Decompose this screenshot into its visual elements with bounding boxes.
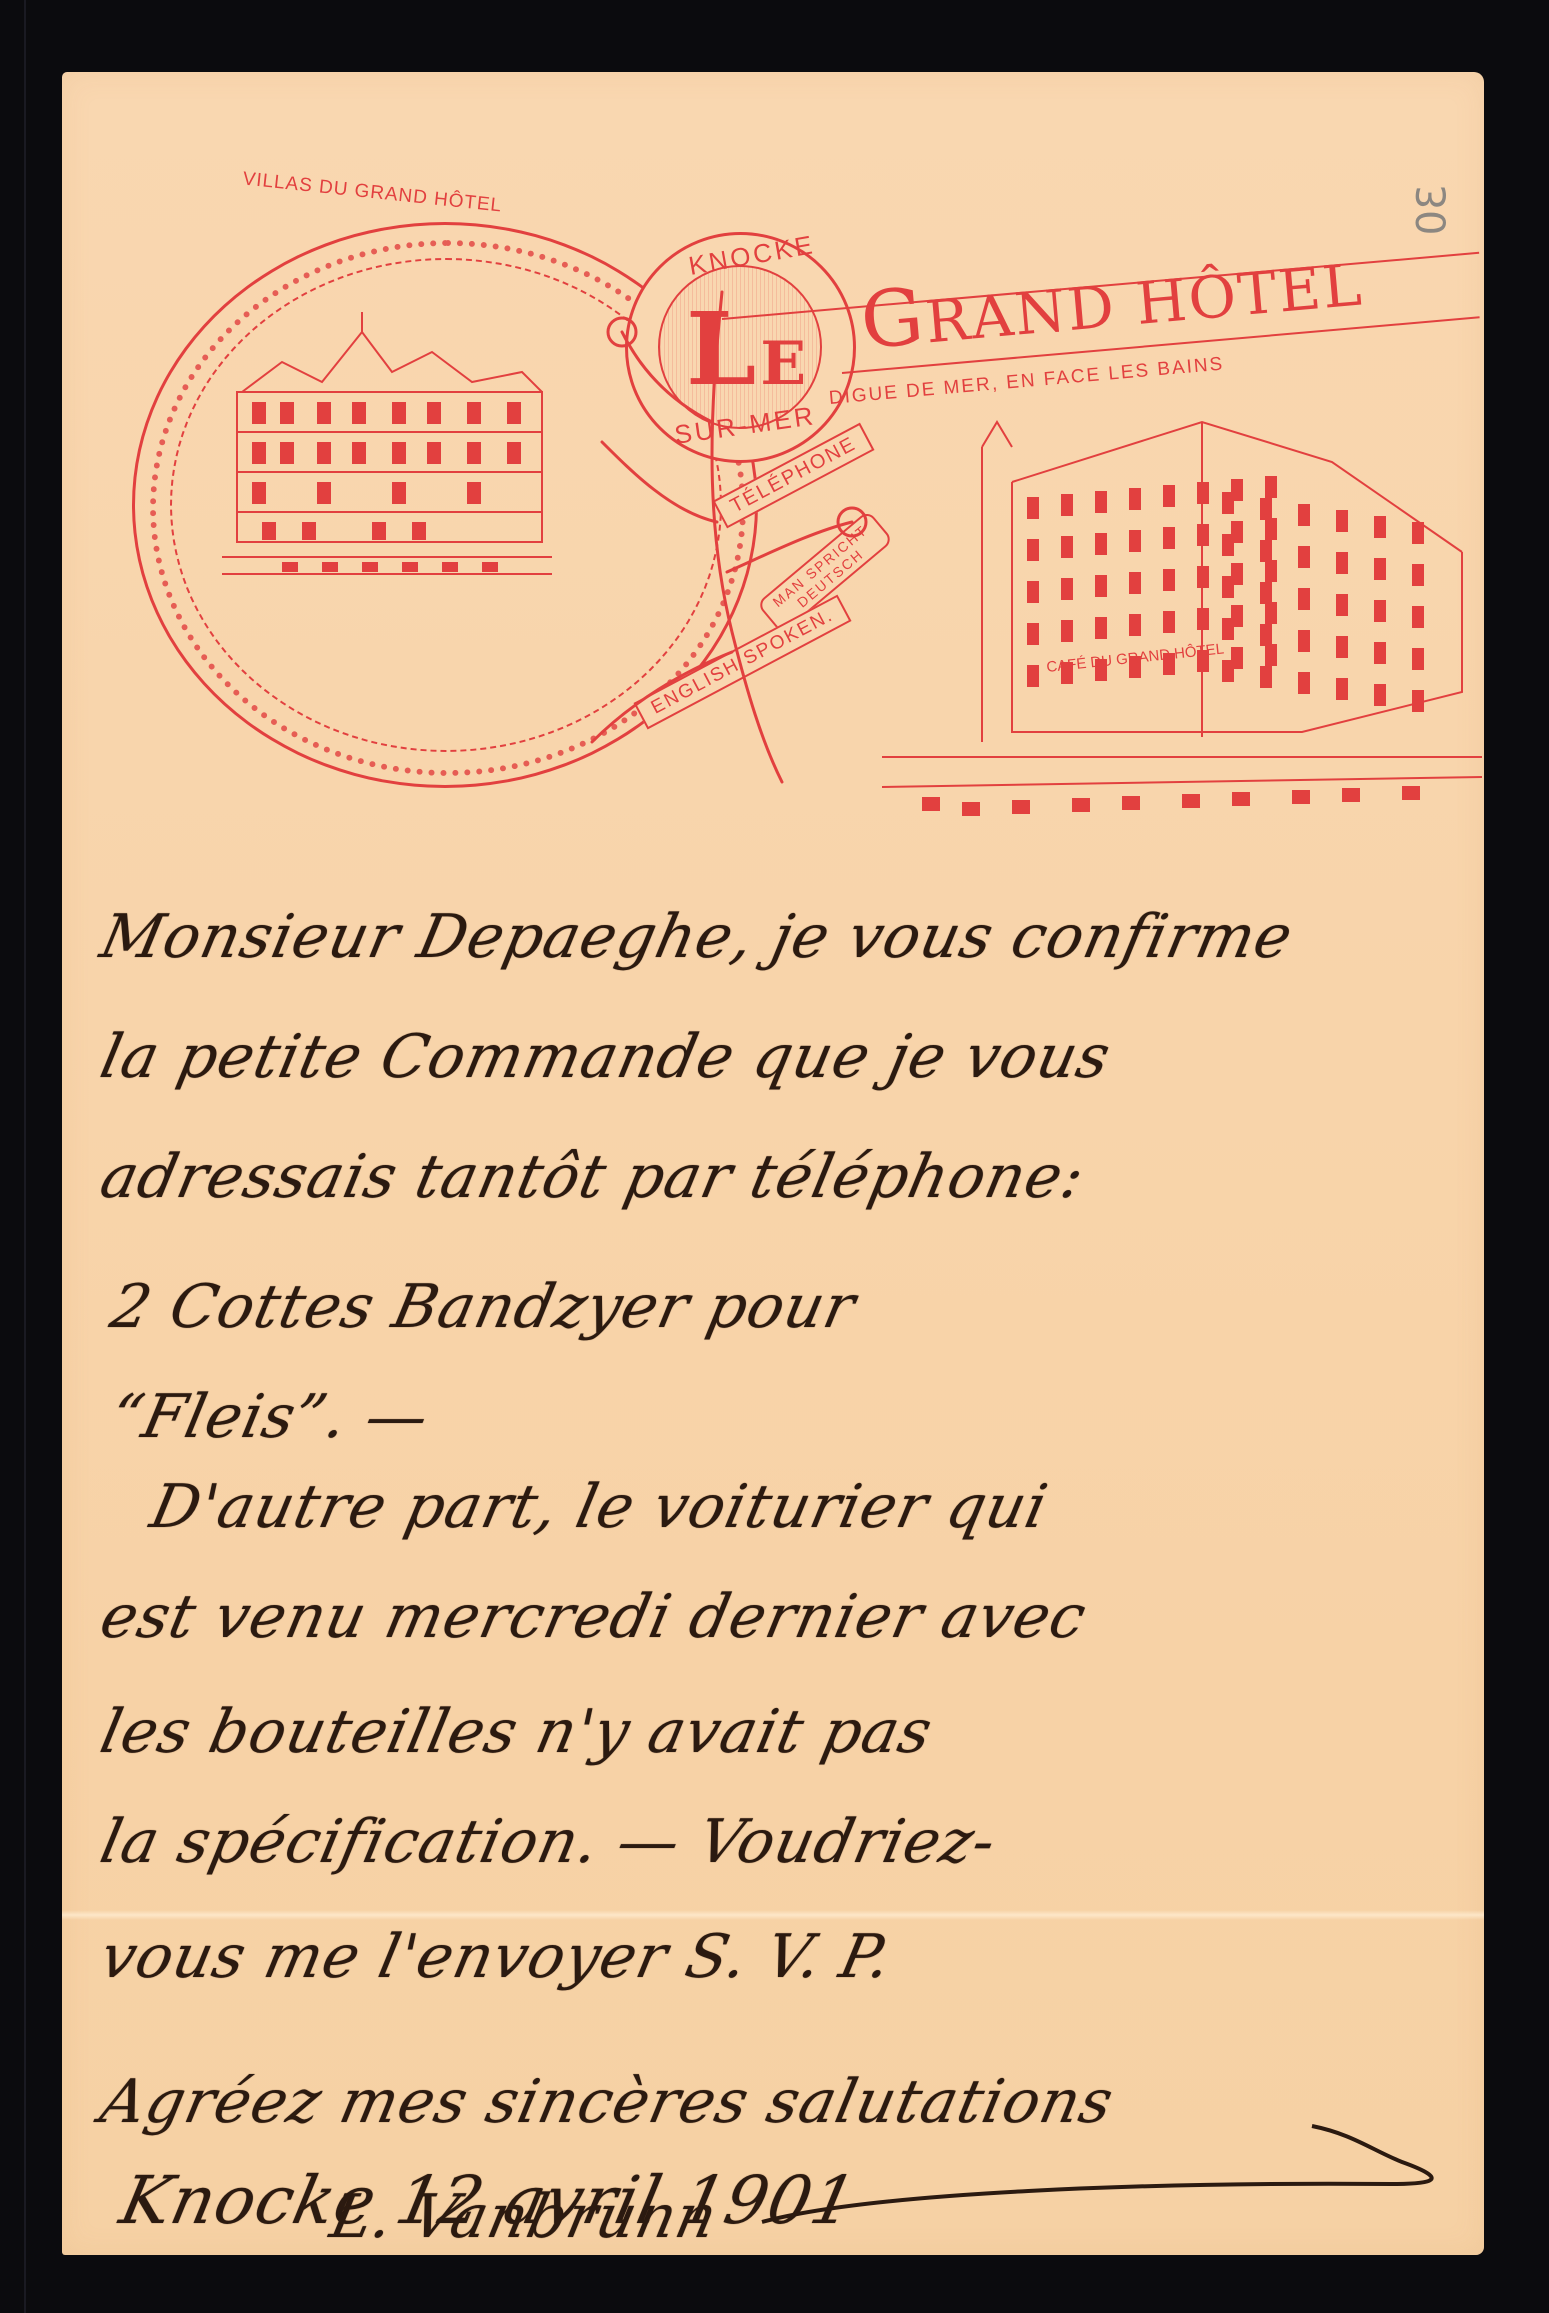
hotel-title: GRAND HÔTEL [857, 233, 1366, 367]
letter-line: vous me l'envoyer S. V. P. [95, 1922, 898, 1992]
place-and-date: Knocke 12 avril 1901 [114, 2162, 863, 2239]
paper-fold-line [62, 1910, 1484, 1920]
villas-caption: VILLAS DU GRAND HÔTEL [242, 168, 504, 217]
grand-hotel-engraving-illustration: CAFÉ DU GRAND HÔTEL [882, 402, 1482, 832]
postcard: VILLAS DU GRAND HÔTEL [62, 72, 1484, 2255]
archive-number-pencil: 30 [1409, 185, 1455, 236]
letter-line: adressais tantôt par téléphone: [95, 1142, 1091, 1212]
letter-line: “Fleis”. — [105, 1382, 436, 1452]
letter-line: les bouteilles n'y avait pas [95, 1697, 939, 1767]
thistle-ornament [562, 272, 882, 792]
mount-edge-line [24, 0, 26, 2313]
letter-line: est venu mercredi dernier avec [95, 1582, 1093, 1652]
signature-flourish [752, 2122, 1484, 2232]
letter-line: 2 Cottes Bandzyer pour [105, 1272, 862, 1342]
letterhead: VILLAS DU GRAND HÔTEL [62, 72, 1484, 832]
letter-line: D'autre part, le voiturier qui [145, 1472, 1054, 1542]
letter-line: Monsieur Depaeghe, je vous confirme [95, 902, 1300, 972]
letter-line: la petite Commande que je vous [95, 1022, 1117, 1092]
letter-line: la spécification. — Voudriez- [95, 1807, 1003, 1877]
villa-engraving-illustration [222, 312, 552, 592]
